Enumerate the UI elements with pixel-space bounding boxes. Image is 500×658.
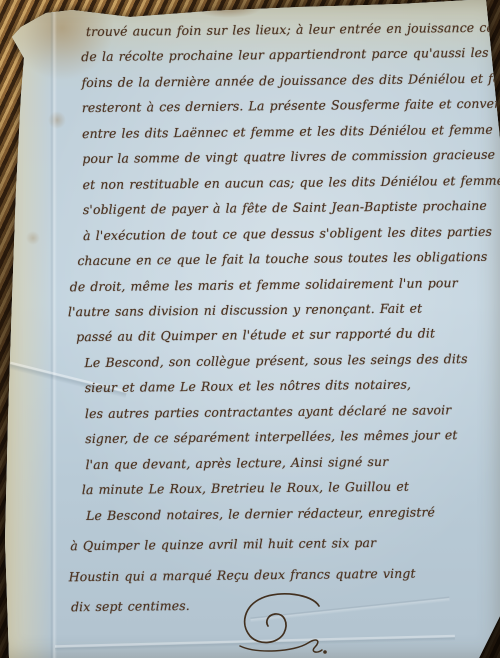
manuscript-line: Houstin qui a marqué Reçu deux francs qu… (69, 559, 483, 589)
manuscript-line: Le Bescond notaires, le dernier rédacteu… (86, 499, 482, 529)
manuscript-line: resteront à ces derniers. La présente So… (82, 91, 478, 121)
paraph-flourish-icon (222, 590, 342, 658)
manuscript-line: signer, de ce séparément interpellées, l… (85, 422, 481, 452)
manuscript-line: pour la somme de vingt quatre livres de … (82, 142, 478, 172)
document-paper: trouvé aucun foin sur les lieux; à leur … (0, 0, 500, 658)
manuscript-line: Le Bescond, son collègue présent, sous l… (84, 346, 480, 376)
paper-crease (50, 0, 57, 658)
manuscript-text: trouvé aucun foin sur les lieux; à leur … (81, 15, 483, 620)
manuscript-line: chacune en ce que le fait la touche sous… (77, 244, 479, 274)
paper-shadow-wrap: trouvé aucun foin sur les lieux; à leur … (0, 0, 500, 658)
manuscript-line: à Quimper le quinze avril mil huit cent … (70, 529, 482, 559)
manuscript-line: s'obligent de payer à la fête de Saint J… (83, 193, 479, 223)
